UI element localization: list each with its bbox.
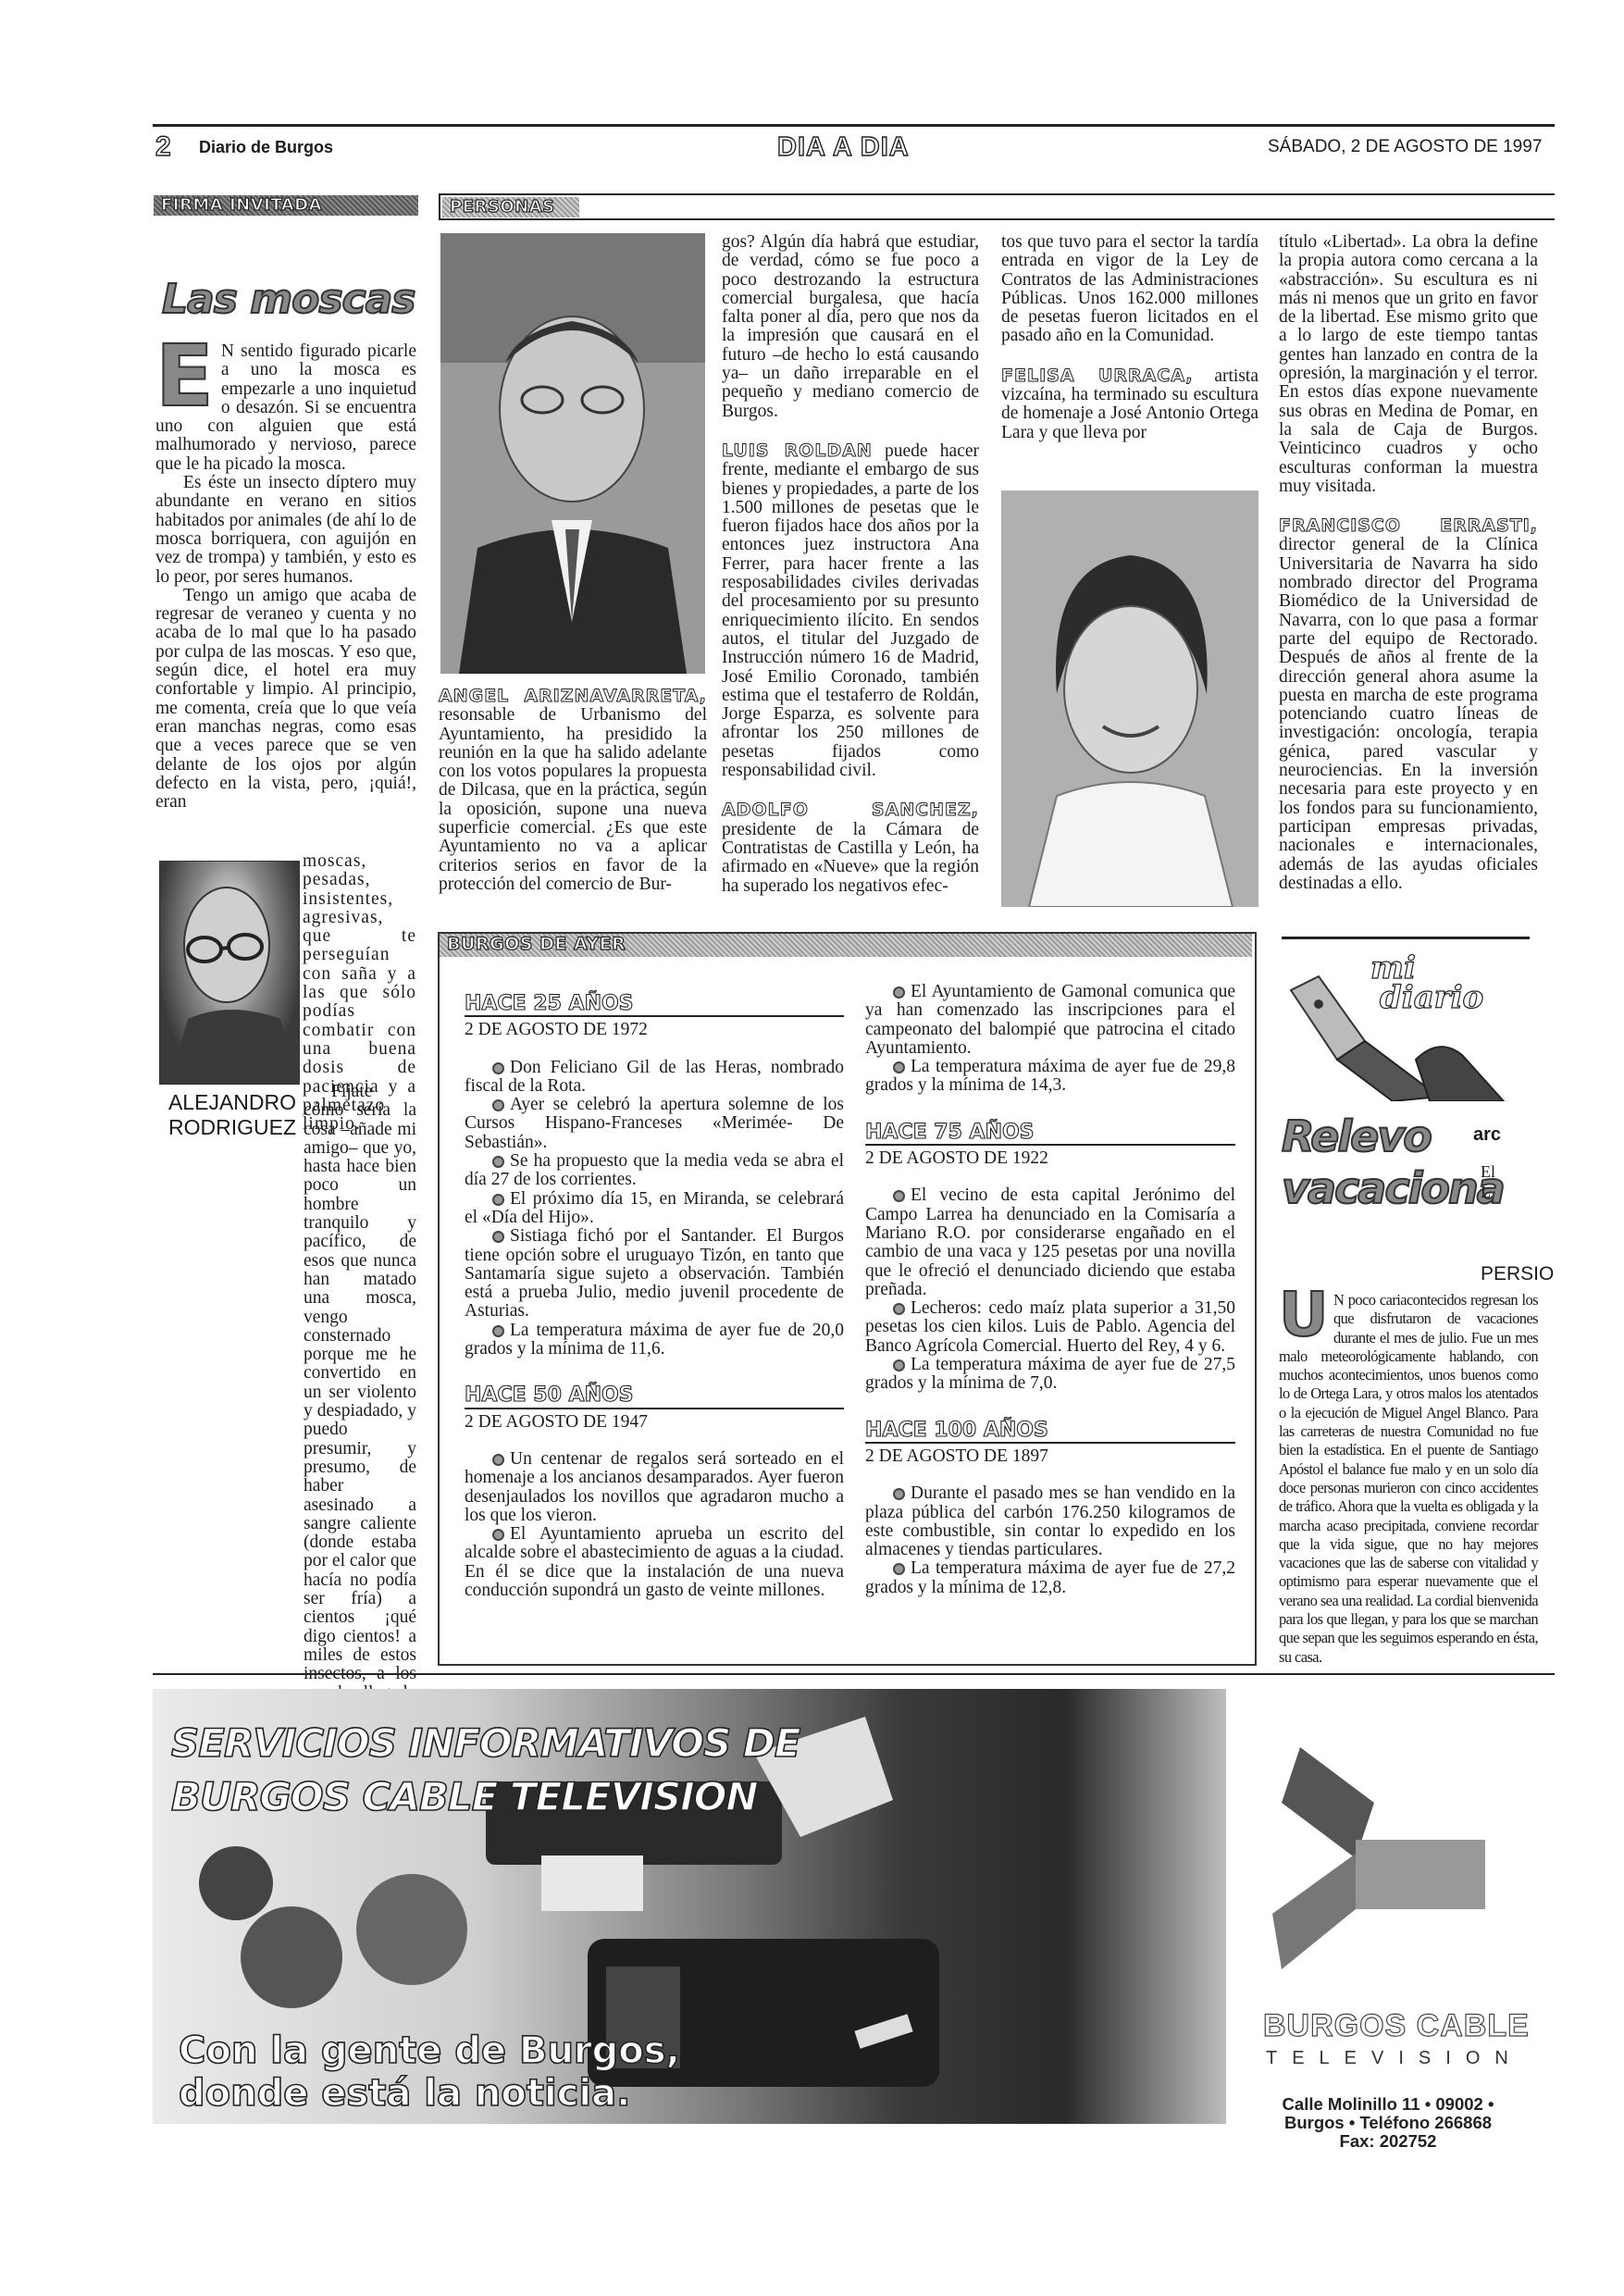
- hace-75-section: HACE 75 AÑOS 2 DE AGOSTO DE 1922 El veci…: [865, 1123, 1235, 1394]
- paper-name: Diario de Burgos: [199, 138, 333, 157]
- hace-rule: [865, 1442, 1235, 1444]
- photo-angel-ariznavarreta: [440, 233, 705, 674]
- news-item: La temperatura máxima de ayer fue de 29,…: [865, 1057, 1235, 1095]
- persona-name: ADOLFO SANCHEZ,: [722, 800, 979, 820]
- news-item: Lecheros: cedo maíz plata superior a 31,…: [865, 1298, 1235, 1356]
- persona-text: gos? Algún día habrá que estudiar, de ve…: [722, 233, 979, 421]
- issue-date: SÁBADO, 2 DE AGOSTO DE 1997: [1268, 137, 1542, 157]
- bullet-icon: [893, 1359, 905, 1371]
- hace-date: 2 DE AGOSTO DE 1897: [865, 1447, 1235, 1466]
- hace-heading: HACE 25 AÑOS: [465, 995, 844, 1013]
- address-line: Calle Molinillo 11 • 09002 •: [1231, 2095, 1545, 2114]
- bullet-icon: [893, 1563, 905, 1575]
- news-item: El vecino de esta capital Jerónimo del C…: [865, 1185, 1235, 1298]
- photo-felisa-urraca: [1001, 490, 1258, 907]
- news-item: Un centenar de regalos será sorteado en …: [465, 1449, 844, 1525]
- persona-angel: ANGEL ARIZNAVARRETA, resonsable de Urban…: [439, 687, 707, 894]
- portrait-man-icon: [440, 233, 705, 674]
- bullet-icon: [893, 1190, 905, 1202]
- hace-date: 2 DE AGOSTO DE 1947: [465, 1413, 844, 1432]
- persona-name: FELISA URRACA,: [1001, 366, 1194, 386]
- advert-headline: SERVICIOS INFORMATIVOS DE BURGOS CABLE T…: [171, 1717, 800, 1824]
- persona-text: resonsable de Urbanismo del Ayuntamiento…: [439, 705, 707, 894]
- section-tag-burgos-de-ayer: BURGOS DE AYER: [440, 934, 1252, 957]
- column-body: UN poco cariacontecidos regresan los que…: [1279, 1291, 1538, 1667]
- bullet-icon: [893, 1303, 905, 1315]
- dropcap: U: [1279, 1291, 1328, 1340]
- address-line: Burgos • Teléfono 266868: [1231, 2114, 1545, 2132]
- paragraph: Tengo un amigo que acaba de regresar de …: [155, 587, 416, 813]
- persona-text: presidente de la Cámara de Contratistas …: [722, 820, 979, 896]
- bullet-icon: [893, 987, 905, 999]
- advert-slogan: Con la gente de Burgos, donde está la no…: [179, 2029, 680, 2115]
- news-item: El Ayuntamiento aprueba un escrito del a…: [465, 1524, 844, 1600]
- burgos-cable-chevron-icon: [1245, 1747, 1541, 1979]
- section-tag-label: FIRMA INVITADA: [161, 195, 322, 215]
- news-item: Durante el pasado mes se han vendido en …: [865, 1483, 1235, 1559]
- hace-date: 2 DE AGOSTO DE 1922: [865, 1149, 1235, 1168]
- persona-name: FRANCISCO ERRASTI,: [1279, 515, 1538, 536]
- page-number: 2: [155, 131, 171, 163]
- news-item: Ayer se celebró la apertura solemne de l…: [465, 1095, 844, 1152]
- persona-column-2: gos? Algún día habrá que estudiar, de ve…: [722, 233, 979, 896]
- news-item: El Ayuntamiento de Gamonal comunica que …: [865, 982, 1235, 1058]
- persona-text: tos que tuvo para el sector la tardía en…: [1001, 233, 1258, 346]
- hace-heading: HACE 75 AÑOS: [865, 1123, 1235, 1142]
- section-tag-firma-invitada: FIRMA INVITADA: [154, 195, 418, 216]
- advert-photo: SERVICIOS INFORMATIVOS DE BURGOS CABLE T…: [153, 1689, 1226, 2124]
- address-line: Fax: 202752: [1231, 2132, 1545, 2151]
- personas-top-rule: [439, 193, 1555, 195]
- mi-diario-text: mi diario: [1370, 953, 1483, 1012]
- bullet-icon: [492, 1529, 504, 1541]
- personas-bottom-rule: [439, 218, 1555, 220]
- hace-heading: HACE 50 AÑOS: [465, 1386, 844, 1405]
- persona-column-4: título «Libertad». La obra la define la …: [1279, 233, 1538, 893]
- news-item: La temperatura máxima de ayer fue de 27,…: [865, 1558, 1235, 1596]
- persona-name: ANGEL ARIZNAVARRETA,: [439, 686, 707, 706]
- section-tag-label: PERSONAS: [450, 197, 555, 217]
- news-item: La temperatura máxima de ayer fue de 20,…: [465, 1321, 844, 1359]
- persona-text: título «Libertad». La obra la define la …: [1279, 233, 1538, 496]
- persona-column-3: tos que tuvo para el sector la tardía en…: [1001, 233, 1258, 442]
- cut-fragment: El: [1481, 1162, 1495, 1182]
- news-item: Sistiaga fichó por el Santander. El Burg…: [465, 1226, 844, 1321]
- bullet-icon: [492, 1156, 504, 1168]
- bullet-icon: [893, 1061, 905, 1074]
- masthead-top-rule: [153, 124, 1555, 127]
- article-headline: Las moscas: [162, 276, 415, 323]
- persona-text: puede hacer frente, mediante el embargo …: [722, 441, 979, 780]
- news-item: Se ha propuesto que la media veda se abr…: [465, 1151, 844, 1189]
- logo-line: diario: [1380, 983, 1483, 1012]
- ayer-column-2: El Ayuntamiento de Gamonal comunica que …: [865, 983, 1235, 1597]
- article-body-top: EN sentido figurado picarle a uno la mos…: [155, 342, 416, 812]
- advert-address: Calle Molinillo 11 • 09002 • Burgos • Te…: [1231, 2095, 1545, 2151]
- section-tag-personas: PERSONAS: [442, 197, 579, 217]
- mi-diario-rule: [1282, 937, 1530, 939]
- hace-rule: [865, 1144, 1235, 1146]
- cut-fragment: arc: [1473, 1124, 1501, 1146]
- hace-100-section: HACE 100 AÑOS 2 DE AGOSTO DE 1897 Durant…: [865, 1421, 1235, 1597]
- advert-headline-line: SERVICIOS INFORMATIVOS DE: [171, 1717, 800, 1770]
- ayer-column-1: HACE 25 AÑOS 2 DE AGOSTO DE 1972 Don Fel…: [465, 995, 844, 1600]
- paragraph: Es éste un insecto díptero muy abundante…: [155, 474, 416, 587]
- advert-headline-line: BURGOS CABLE TELEVISION: [171, 1770, 800, 1824]
- hace-50-section: HACE 50 AÑOS 2 DE AGOSTO DE 1947 Un cent…: [465, 1386, 844, 1600]
- bullet-icon: [893, 1488, 905, 1500]
- section-title: DIA A DIA: [777, 132, 910, 163]
- portrait-woman-icon: [1001, 490, 1258, 907]
- section-tag-label: BURGOS DE AYER: [447, 934, 626, 954]
- bullet-icon: [492, 1231, 504, 1243]
- headline-line: Relevo: [1282, 1111, 1504, 1162]
- author-photo: [159, 861, 300, 1085]
- hace-25-section: HACE 25 AÑOS 2 DE AGOSTO DE 1972 Don Fel…: [465, 995, 844, 1359]
- persona-text: director general de la Clínica Universit…: [1279, 535, 1538, 892]
- brand-name: BURGOS CABLE: [1263, 2008, 1530, 2044]
- hace-rule: [465, 1015, 844, 1017]
- bullet-icon: [492, 1062, 504, 1074]
- advert-slogan-line: donde está la noticia.: [179, 2072, 680, 2115]
- advert-slogan-line: Con la gente de Burgos,: [179, 2029, 680, 2072]
- dropcap: E: [155, 342, 214, 411]
- hace-heading: HACE 100 AÑOS: [865, 1421, 1235, 1440]
- author-portrait-icon: [160, 862, 299, 1084]
- bullet-icon: [492, 1099, 504, 1111]
- bullet-icon: [492, 1325, 504, 1337]
- column-text: N poco cariacontecidos regresan los que …: [1279, 1291, 1538, 1666]
- hace-rule: [465, 1408, 844, 1409]
- news-item: La temperatura máxima de ayer fue de 27,…: [865, 1355, 1235, 1393]
- headline-line: vacaciona: [1282, 1162, 1504, 1214]
- hace-date: 2 DE AGOSTO DE 1972: [465, 1021, 844, 1039]
- persona-name: LUIS ROLDAN: [722, 441, 873, 461]
- burgos-cable-logo: [1245, 1747, 1541, 1979]
- column-headline: Relevo vacaciona: [1282, 1111, 1504, 1214]
- cut-fragment: L: [1481, 1183, 1491, 1202]
- news-item: El próximo día 15, en Miranda, se celebr…: [465, 1189, 844, 1227]
- personas-left-rule: [439, 193, 440, 219]
- mi-diario-logo: mi diario: [1282, 949, 1522, 1101]
- bullet-icon: [492, 1454, 504, 1466]
- advert-top-rule: [153, 1673, 1555, 1675]
- column-author: PERSIO: [1481, 1263, 1554, 1285]
- brand-sub: TELEVISION: [1266, 2048, 1523, 2069]
- news-item: Don Feliciano Gil de las Heras, nombrado…: [465, 1058, 844, 1096]
- bullet-icon: [492, 1194, 504, 1206]
